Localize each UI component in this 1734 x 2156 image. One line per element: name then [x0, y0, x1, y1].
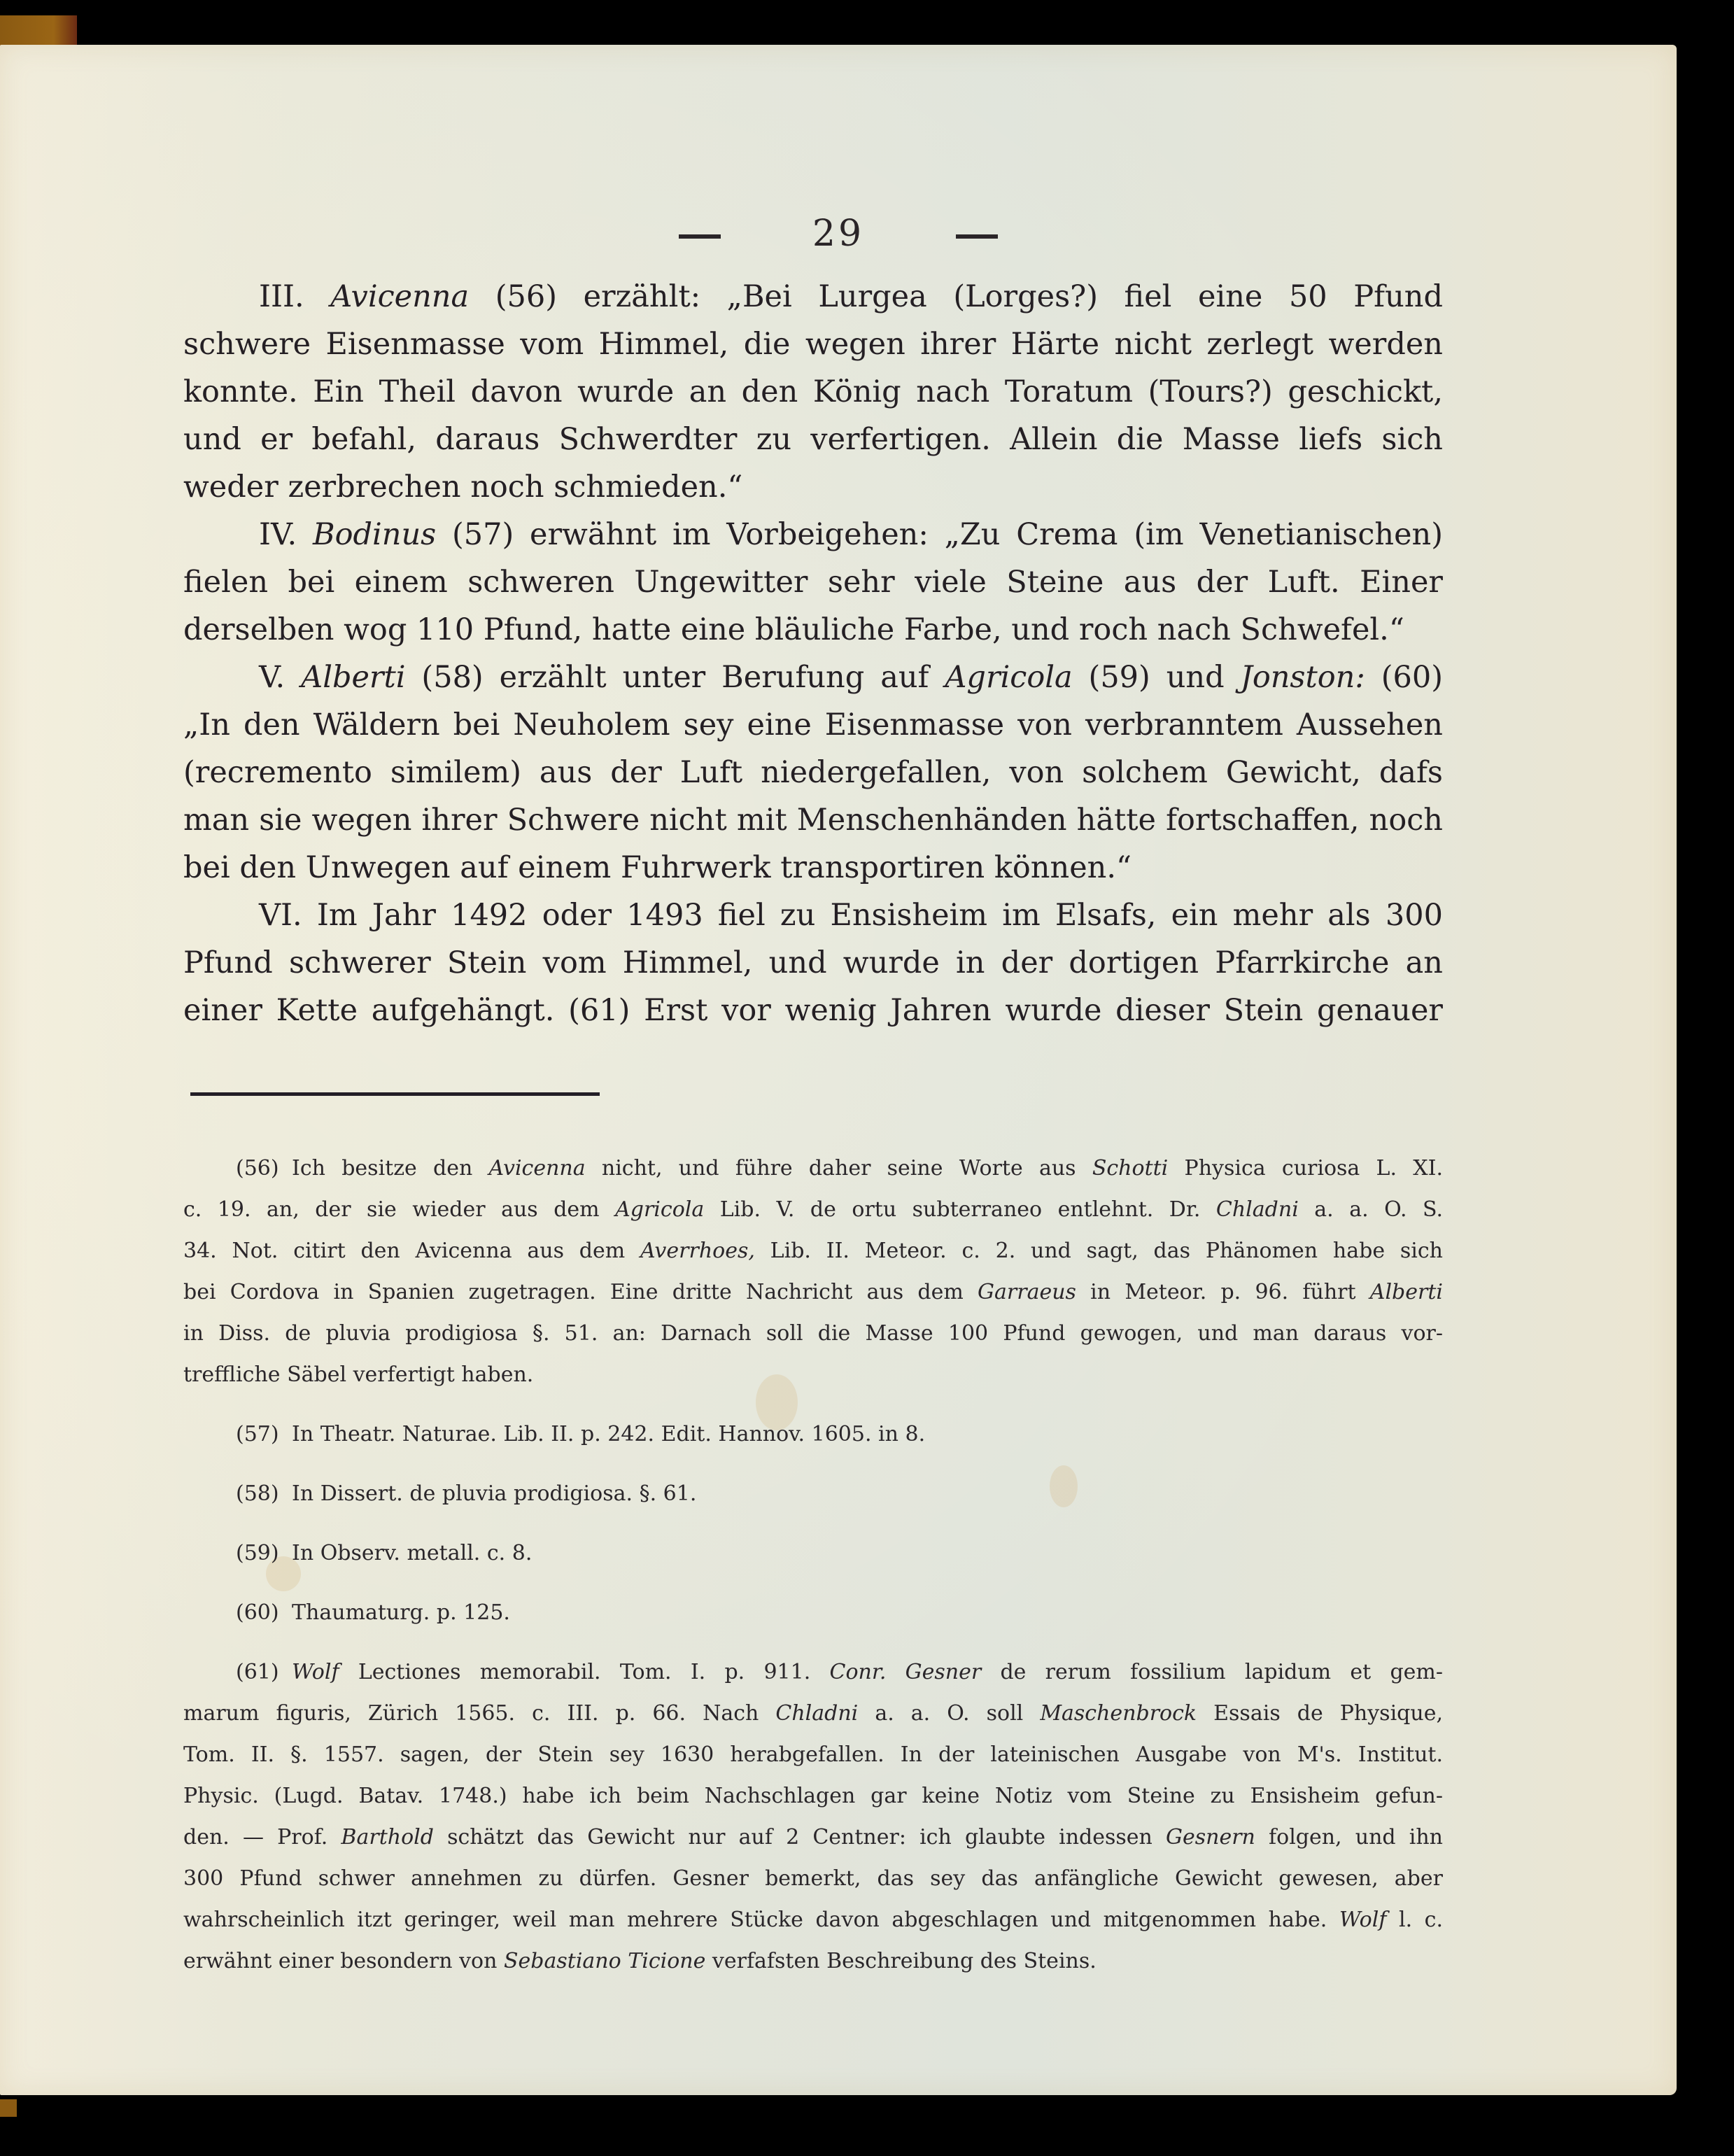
main-text: III. Avicenna (56) erzählt: „Bei Lurgea … [183, 273, 1443, 1034]
text-line: schwere Eisenmasse vom Himmel, die wegen… [183, 320, 1443, 368]
paragraph-IV: IV. Bodinus (57) erwähnt im Vorbeigehen:… [183, 511, 1443, 654]
text-line: (recremento similem) aus der Luft nieder… [183, 749, 1443, 796]
text-line: und er befahl, daraus Schwerdter zu verf… [183, 416, 1443, 463]
footnote-line: bei Cordova in Spanien zugetragen. Eine … [183, 1271, 1443, 1313]
italic-name: Maschenbrock [1040, 1701, 1197, 1726]
footnote-line: (59)In Observ. metall. c. 8. [183, 1533, 1443, 1574]
footnote-line: 300 Pfund schwer annehmen zu dürfen. Ges… [183, 1858, 1443, 1899]
footnote-marker: (61) [236, 1651, 292, 1693]
italic-name: Averrhoes, [640, 1239, 755, 1263]
footnote-line: wahrscheinlich itzt geringer, weil man m… [183, 1899, 1443, 1940]
footnote-line: Tom. II. §. 1557. sagen, der Stein sey 1… [183, 1734, 1443, 1775]
text-line: weder zerbrechen noch schmieden.“ [183, 463, 1443, 511]
footnote-marker: (56) [236, 1148, 292, 1189]
italic-name: Alberti [301, 660, 405, 695]
italic-name: Gesnern [1166, 1825, 1255, 1849]
italic-name: Avicenna [489, 1156, 586, 1181]
footnote-line: c. 19. an, der sie wieder aus dem Agrico… [183, 1189, 1443, 1230]
footnote-separator [190, 1092, 600, 1096]
footnote-marker: (57) [236, 1414, 292, 1455]
footnote-line: (56)Ich besitze den Avicenna nicht, und … [183, 1148, 1443, 1189]
text-line: IV. Bodinus (57) erwähnt im Vorbeigehen:… [183, 511, 1443, 558]
footnote-marker: (60) [236, 1592, 292, 1633]
footnote-line: Physic. (Lugd. Batav. 1748.) habe ich be… [183, 1775, 1443, 1817]
text-line: V. Alberti (58) erzählt unter Berufung a… [183, 654, 1443, 701]
italic-name: Jonston: [1241, 660, 1365, 695]
italic-name: Barthold [341, 1825, 434, 1849]
text-line: Pfund schwerer Stein vom Himmel, und wur… [183, 939, 1443, 987]
text-line: derselben wog 110 Pfund, hatte eine bläu… [183, 606, 1443, 654]
page-header: 29 [0, 213, 1677, 255]
header-dash-right [956, 234, 998, 239]
footnote-56: (56)Ich besitze den Avicenna nicht, und … [183, 1148, 1443, 1395]
footnote-line: (60)Thaumaturg. p. 125. [183, 1592, 1443, 1633]
footnote-line: (58)In Dissert. de pluvia prodigiosa. §.… [183, 1473, 1443, 1514]
footnote-line: treffliche Säbel verfertigt haben. [183, 1354, 1443, 1395]
paragraph-V: V. Alberti (58) erzählt unter Berufung a… [183, 654, 1443, 892]
footnote-line: den. — Prof. Barthold schätzt das Gewich… [183, 1817, 1443, 1858]
footnote-61: (61)Wolf Lectiones memorabil. Tom. I. p.… [183, 1651, 1443, 1982]
italic-name: Bodinus [313, 517, 436, 552]
italic-name: Sebastiano Ticione [504, 1949, 705, 1973]
book-spine-edge-bottom [0, 2099, 17, 2117]
text-line: VI. Im Jahr 1492 oder 1493 fiel zu Ensis… [183, 892, 1443, 939]
text-line: III. Avicenna (56) erzählt: „Bei Lurgea … [183, 273, 1443, 320]
italic-name: Garraeus [978, 1280, 1076, 1304]
header-dash-left [679, 234, 721, 239]
footnotes: (56)Ich besitze den Avicenna nicht, und … [183, 1148, 1443, 2000]
book-spine-edge [0, 15, 77, 49]
italic-name: Schotti [1092, 1156, 1168, 1181]
text-line: „In den Wäldern bei Neuholem sey eine Ei… [183, 701, 1443, 749]
italic-name: Wolf [292, 1660, 339, 1684]
footnote-line: marum figuris, Zürich 1565. c. III. p. 6… [183, 1693, 1443, 1734]
italic-name: Chladni [775, 1701, 858, 1726]
text-line: konnte. Ein Theil davon wurde an den Kön… [183, 368, 1443, 416]
paragraph-III: III. Avicenna (56) erzählt: „Bei Lurgea … [183, 273, 1443, 511]
footnote-58: (58)In Dissert. de pluvia prodigiosa. §.… [183, 1473, 1443, 1514]
footnote-line: (61)Wolf Lectiones memorabil. Tom. I. p.… [183, 1651, 1443, 1693]
italic-name: Alberti [1370, 1280, 1443, 1304]
footnote-line: 34. Not. citirt den Avicenna aus dem Ave… [183, 1230, 1443, 1271]
italic-name: Agricola [615, 1197, 704, 1222]
italic-name: Avicenna [330, 279, 469, 314]
paragraph-VI: VI. Im Jahr 1492 oder 1493 fiel zu Ensis… [183, 892, 1443, 1034]
text-line: man sie wegen ihrer Schwere nicht mit Me… [183, 796, 1443, 844]
text-line: fielen bei einem schweren Ungewitter seh… [183, 558, 1443, 606]
footnote-line: (57)In Theatr. Naturae. Lib. II. p. 242.… [183, 1414, 1443, 1455]
footnote-marker: (58) [236, 1473, 292, 1514]
footnote-marker: (59) [236, 1533, 292, 1574]
italic-name: Wolf [1339, 1908, 1387, 1932]
page-number: 29 [812, 213, 864, 255]
text-line: einer Kette aufgehängt. (61) Erst vor we… [183, 987, 1443, 1034]
footnote-59: (59)In Observ. metall. c. 8. [183, 1533, 1443, 1574]
italic-name: Chladni [1216, 1197, 1299, 1222]
italic-name: Agricola [945, 660, 1072, 695]
footnote-line: erwähnt einer besondern von Sebastiano T… [183, 1940, 1443, 1982]
footnote-57: (57)In Theatr. Naturae. Lib. II. p. 242.… [183, 1414, 1443, 1455]
text-line: bei den Unwegen auf einem Fuhrwerk trans… [183, 844, 1443, 892]
italic-name: Conr. Gesner [830, 1660, 982, 1684]
footnote-60: (60)Thaumaturg. p. 125. [183, 1592, 1443, 1633]
footnote-line: in Diss. de pluvia prodigiosa §. 51. an:… [183, 1313, 1443, 1354]
